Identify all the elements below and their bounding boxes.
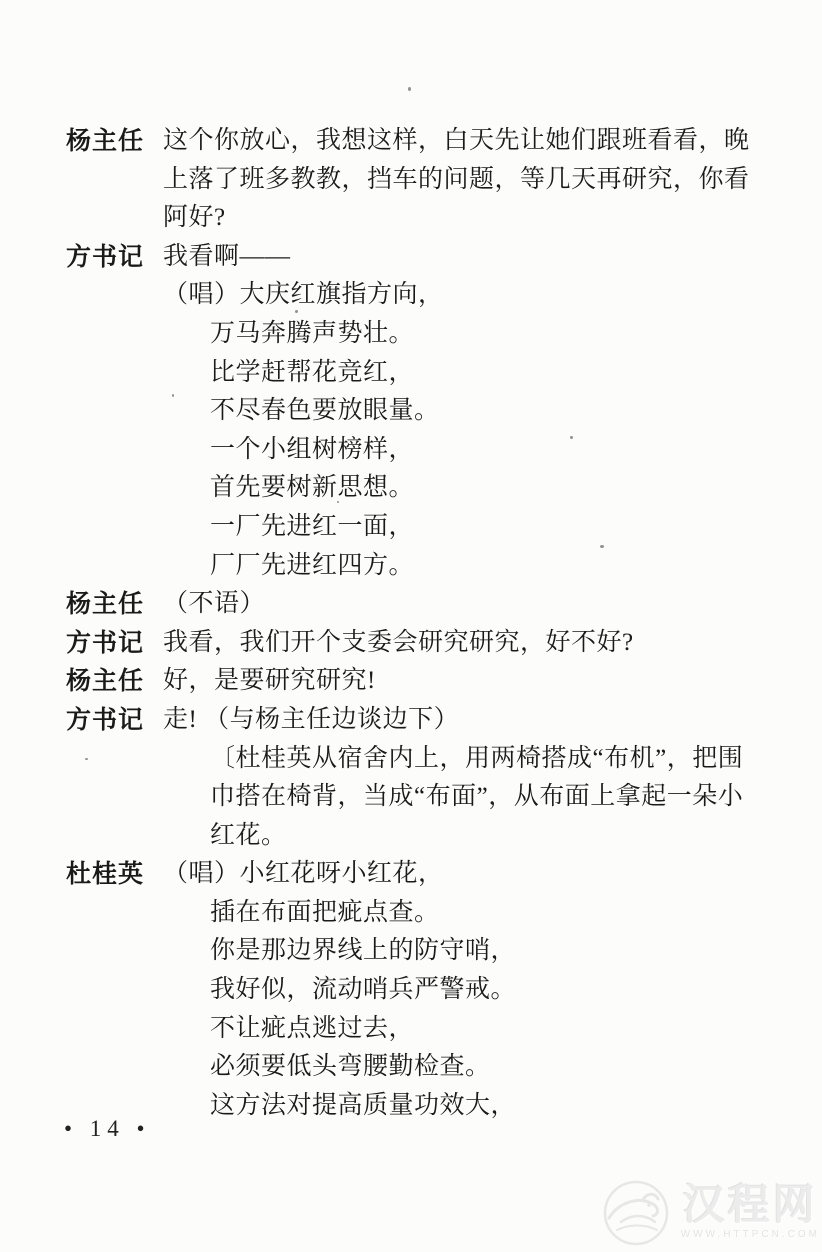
speaker-name: 方书记	[66, 238, 163, 277]
line-text: 不让疵点逃过去，	[163, 1010, 414, 1049]
script-line: 我好似，流动哨兵严警戒。	[66, 971, 780, 1010]
script-line: 不尽春色要放眼量。	[66, 392, 780, 431]
httpcn-logo-icon	[597, 1172, 675, 1250]
scan-speck	[368, 862, 371, 865]
script-line: 杜桂英 （唱）小红花呀小红花，	[66, 855, 780, 894]
scan-speck	[295, 310, 298, 313]
script-line: 这方法对提高质量功效大，	[66, 1087, 780, 1126]
line-text: 红花。	[163, 817, 287, 856]
script-line: 一个小组树榜样，	[66, 431, 780, 470]
line-text: （不语）	[163, 585, 265, 624]
script-line: （唱）大庆红旗指方向，	[66, 276, 780, 315]
speaker-name: 方书记	[66, 701, 163, 740]
line-text: 走! （与杨主任边谈边下）	[163, 701, 459, 740]
script-line: 首先要树新思想。	[66, 469, 780, 508]
page-number: • 14 •	[64, 1116, 151, 1142]
scan-speck	[408, 87, 411, 91]
script-line: 方书记 我看啊——	[66, 238, 780, 277]
line-text: 万马奔腾声势壮。	[163, 315, 414, 354]
speaker-name: 方书记	[66, 624, 163, 663]
line-text: 比学赶帮花竞红，	[163, 354, 414, 393]
line-text: 我看，我们开个支委会研究研究，好不好?	[163, 624, 634, 663]
scan-speck	[600, 545, 604, 548]
watermark-site-url: WWW.HTTPCN.COM	[681, 1229, 820, 1240]
script-line: 阿好?	[66, 199, 780, 238]
line-text: 必须要低头弯腰勤检查。	[163, 1048, 491, 1087]
speaker-name: 杜桂英	[66, 855, 163, 894]
line-text: （唱）小红花呀小红花，	[163, 855, 444, 894]
watermark-text: 汉程网 WWW.HTTPCN.COM	[681, 1183, 820, 1240]
line-text: 〔杜桂英从宿舍内上，用两椅搭成“布机”，把围	[163, 740, 743, 779]
scan-speck	[570, 436, 573, 439]
script-line: 杨主任 （不语）	[66, 585, 780, 624]
line-text: 好，是要研究研究!	[163, 662, 376, 701]
script-body: 杨主任 这个你放心，我想这样，白天先让她们跟班看看，晚 上落了班多教教，挡车的问…	[66, 122, 780, 1125]
line-text: 我好似，流动哨兵严警戒。	[163, 971, 516, 1010]
script-line: 方书记 走! （与杨主任边谈边下）	[66, 701, 780, 740]
script-line: 你是那边界线上的防守哨，	[66, 932, 780, 971]
speaker-name: 杨主任	[66, 122, 163, 161]
line-text: 我看啊——	[163, 238, 291, 277]
script-line: 巾搭在椅背，当成“布面”，从布面上拿起一朵小	[66, 778, 780, 817]
scanned-book-page: 杨主任 这个你放心，我想这样，白天先让她们跟班看看，晚 上落了班多教教，挡车的问…	[0, 0, 822, 1252]
scan-speck	[172, 394, 174, 397]
script-line: 一厂先进红一面，	[66, 508, 780, 547]
line-text: 一个小组树榜样，	[163, 431, 414, 470]
line-text: 这方法对提高质量功效大，	[163, 1087, 516, 1126]
scan-speck	[337, 501, 339, 503]
line-text: 巾搭在椅背，当成“布面”，从布面上拿起一朵小	[163, 778, 743, 817]
line-text: 插在布面把疵点查。	[163, 894, 440, 933]
line-text: 这个你放心，我想这样，白天先让她们跟班看看，晚	[163, 122, 750, 161]
script-line: 必须要低头弯腰勤检查。	[66, 1048, 780, 1087]
line-text: 你是那边界线上的防守哨，	[163, 932, 516, 971]
watermark-site-name: 汉程网	[683, 1183, 818, 1227]
line-text: 首先要树新思想。	[163, 469, 414, 508]
line-text: 上落了班多教教，挡车的问题，等几天再研究，你看	[163, 161, 750, 200]
script-line: 不让疵点逃过去，	[66, 1010, 780, 1049]
line-text: 一厂先进红一面，	[163, 508, 414, 547]
script-line: 上落了班多教教，挡车的问题，等几天再研究，你看	[66, 161, 780, 200]
watermark: 汉程网 WWW.HTTPCN.COM	[597, 1172, 820, 1250]
script-line: 厂厂先进红四方。	[66, 547, 780, 586]
line-text: 不尽春色要放眼量。	[163, 392, 440, 431]
script-line: 〔杜桂英从宿舍内上，用两椅搭成“布机”，把围	[66, 740, 780, 779]
script-line: 杨主任 好，是要研究研究!	[66, 662, 780, 701]
script-line: 杨主任 这个你放心，我想这样，白天先让她们跟班看看，晚	[66, 122, 780, 161]
script-line: 万马奔腾声势壮。	[66, 315, 780, 354]
line-text: 阿好?	[163, 199, 226, 238]
script-line: 比学赶帮花竞红，	[66, 354, 780, 393]
speaker-name: 杨主任	[66, 585, 163, 624]
script-line: 红花。	[66, 817, 780, 856]
script-line: 方书记 我看，我们开个支委会研究研究，好不好?	[66, 624, 780, 663]
script-line: 插在布面把疵点查。	[66, 894, 780, 933]
scan-speck	[85, 758, 88, 760]
line-text: 厂厂先进红四方。	[163, 547, 414, 586]
speaker-name: 杨主任	[66, 662, 163, 701]
line-text: （唱）大庆红旗指方向，	[163, 276, 444, 315]
